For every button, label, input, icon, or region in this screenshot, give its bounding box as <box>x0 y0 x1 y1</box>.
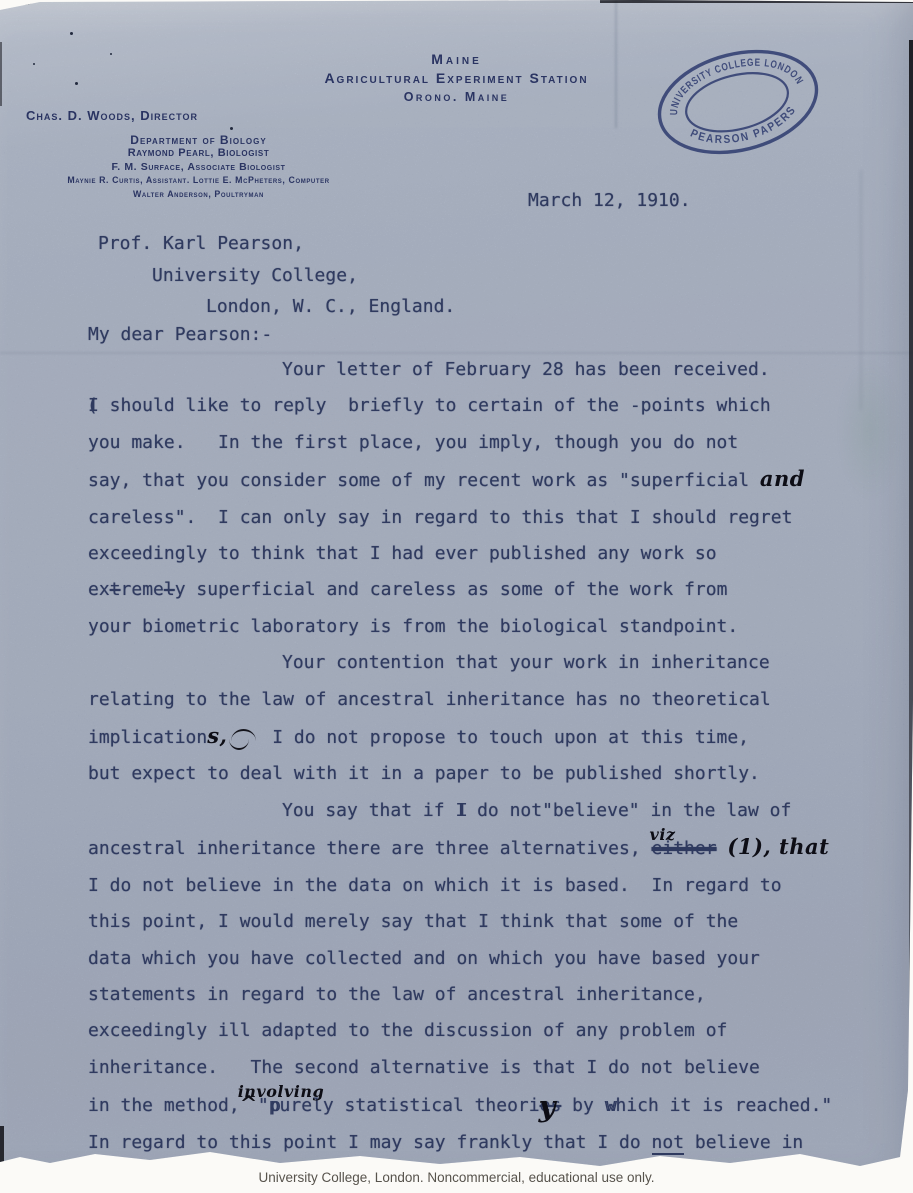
address-line: Prof. Karl Pearson, <box>88 228 455 260</box>
staff-list: Raymond Pearl, BiologistF. M. Surface, A… <box>26 147 371 201</box>
typed-text: Your contention that your work in inheri… <box>282 652 770 673</box>
typed-text: in the method, <box>88 1095 240 1116</box>
letter-line: extremely superficial and careless as so… <box>88 572 888 608</box>
typed-text: implication <box>88 727 207 748</box>
letter-line: exceedingly ill adapted to the discussio… <box>88 1013 888 1049</box>
letter-line: say, that you consider some of my recent… <box>88 461 888 499</box>
letter-line: exceedingly to think that I had ever pub… <box>88 536 888 572</box>
date-line: March 12, 1910. <box>528 190 691 211</box>
director-line: Chas. D. Woods, Director <box>26 108 371 123</box>
scan-edge <box>909 40 913 1100</box>
typed-text: do not"believe" in the law of <box>466 800 791 821</box>
typed-text: I do not propose to touch upon at this t… <box>261 727 749 748</box>
struck-text: esy <box>540 1095 562 1116</box>
overtyped-text: w <box>605 1095 616 1116</box>
typed-text: In regard to this point I may say frankl… <box>88 1132 652 1153</box>
letter-line: statements in regard to the law of ances… <box>88 977 888 1013</box>
handwritten-text: involving^ <box>240 1091 258 1116</box>
scan-edge <box>600 0 913 3</box>
handwritten-note: viz <box>650 827 676 843</box>
typed-text: but expect to deal with it in a paper to… <box>88 763 760 784</box>
typed-text: careless". I can only say in regard to t… <box>88 507 792 528</box>
ucl-pearson-stamp: UNIVERSITY COLLEGE LONDON PEARSON PAPERS <box>650 44 826 160</box>
letter-body: Your letter of February 28 has been rece… <box>88 352 888 1161</box>
typed-text: say, that you consider some of my recent… <box>88 470 760 491</box>
letter-line: careless". I can only say in regard to t… <box>88 500 888 536</box>
handwritten-arc-mark <box>229 729 259 747</box>
recipient-address: Prof. Karl Pearson,University College,Lo… <box>88 228 455 323</box>
letter-line: in the method,involving^"purely statisti… <box>88 1086 888 1124</box>
typed-text: inheritance. The second alternative is t… <box>88 1057 760 1078</box>
staff-line: Raymond Pearl, Biologist <box>26 147 371 161</box>
struck-text: l <box>164 579 175 600</box>
typed-text: relating to the law of ancestral inherit… <box>88 689 771 710</box>
ink-speck <box>70 32 73 35</box>
typed-text: your biometric laboratory is from the bi… <box>88 616 738 637</box>
letter-line: Your contention that your work in inheri… <box>88 645 888 681</box>
typed-text: hich it is reached." <box>616 1095 833 1116</box>
typed-text: exceedingly ill adapted to the discussio… <box>88 1020 727 1041</box>
typed-text: statements in regard to the law of ances… <box>88 984 706 1005</box>
letter-line: relating to the law of ancestral inherit… <box>88 682 888 718</box>
typed-text <box>717 838 728 859</box>
typed-text: reme <box>121 579 164 600</box>
typed-text: exceedingly to think that I had ever pub… <box>88 543 717 564</box>
scan-edge <box>0 42 2 106</box>
letterhead-staff-block: Chas. D. Woods, Director Department of B… <box>26 108 371 201</box>
letter-line: In regard to this point I may say frankl… <box>88 1125 888 1161</box>
underlined-text: not <box>652 1132 685 1155</box>
letter-line: inheritance. The second alternative is t… <box>88 1050 888 1086</box>
struck-text: t <box>110 579 121 600</box>
staff-line: Walter Anderson, Poultryman <box>26 188 371 202</box>
address-line: University College, <box>88 260 455 292</box>
department-line: Department of Biology <box>26 133 371 147</box>
handwritten-text: (1), that <box>727 834 829 859</box>
letter-line: your biometric laboratory is from the bi… <box>88 609 888 645</box>
scan-edge <box>0 0 42 8</box>
letter-page: Maine Agricultural Experiment Station Or… <box>0 0 913 1170</box>
letter-line: implications, I do not propose to touch … <box>88 718 888 756</box>
handwritten-overlay: y <box>539 1088 556 1124</box>
typed-text: y superficial and careless as some of th… <box>175 579 728 600</box>
typed-text: this point, I would merely say that I th… <box>88 911 738 932</box>
typed-text: I should like to reply briefly to certai… <box>88 395 771 416</box>
struck-text: vizeither <box>652 838 717 859</box>
address-line: London, W. C., England. <box>88 291 455 323</box>
staff-line: Maynie R. Curtis, Assistant. Lottie E. M… <box>26 174 371 188</box>
archive-caption: University College, London. Noncommercia… <box>0 1170 913 1185</box>
typed-text: you make. In the first place, you imply,… <box>88 432 738 453</box>
letter-line: this point, I would merely say that I th… <box>88 904 888 940</box>
letter-line: data which you have collected and on whi… <box>88 941 888 977</box>
letter-line: You say that if I do not"believe" in the… <box>88 793 888 829</box>
salutation: My dear Pearson:- <box>88 324 272 345</box>
scan-edge <box>0 1126 4 1164</box>
letter-line: but expect to deal with it in a paper to… <box>88 756 888 792</box>
typed-text: ancestral inheritance there are three al… <box>88 838 652 859</box>
letter-line: ancestral inheritance there are three al… <box>88 829 888 867</box>
letter-line: (I should like to reply briefly to certa… <box>88 388 888 424</box>
overtyped-text: I <box>455 800 466 821</box>
letter-line: you make. In the first place, you imply,… <box>88 425 888 461</box>
typed-text: believe in <box>684 1132 803 1153</box>
staff-line: F. M. Surface, Associate Biologist <box>26 161 371 175</box>
typed-text: by <box>561 1095 604 1116</box>
handwritten-text: and <box>760 466 805 491</box>
typed-text: ex <box>88 579 110 600</box>
typed-text: data which you have collected and on whi… <box>88 948 760 969</box>
letter-line: Your letter of February 28 has been rece… <box>88 352 888 388</box>
letter-line: I do not believe in the data on which it… <box>88 868 888 904</box>
handwritten-note: involving <box>238 1084 324 1100</box>
handwritten-text: s, <box>207 723 227 748</box>
typed-text: I do not believe in the data on which it… <box>88 875 782 896</box>
typed-text: Your letter of February 28 has been rece… <box>282 359 770 380</box>
typed-text: You say that if <box>282 800 455 821</box>
